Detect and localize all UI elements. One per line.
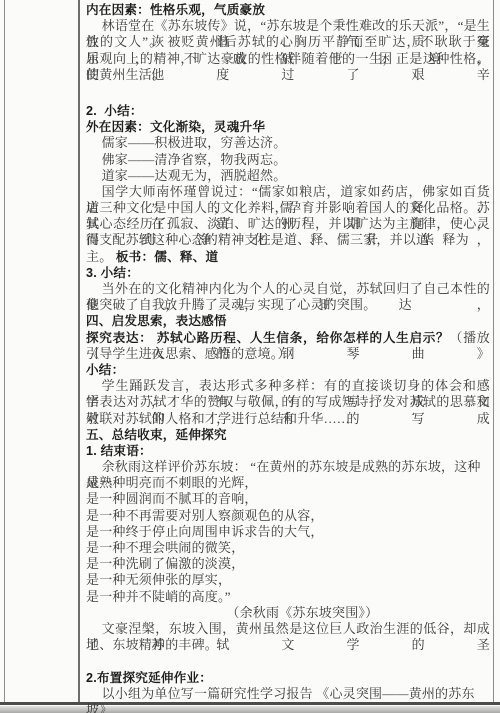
blank-line [86,653,490,669]
document-lines: 内在因素：性格乐观，气质豪放林语堂在《苏东坡传》说，“苏东坡是个秉性难改的乐天派… [86,2,490,702]
text-segment: 是一种无须伸张的厚实， [86,572,231,587]
text-line: 国学大师南怀瑾曾说过：“儒家如粮店，道家如药店，佛家如百货店” ，儒、释、 [86,184,490,200]
text-segment: （余秋雨《苏东坡突围》） [226,605,378,620]
table-border-left [4,0,5,702]
text-line: 小结： [86,362,490,378]
table-border-right [493,0,494,702]
text-segment: 是一种不再需要对别人察颜观色的从容， [86,508,324,523]
text-line: 外在因素：文化渐染，灵魂升华 [86,119,490,135]
text-line: 乐观向上的精神，旷达豪放的性格伴随着他的一生，正是这种性格，使他度过了艰辛 [86,51,490,67]
text-line: 道三种文化是中国人的文化养料，孕育并影响着国人的文化品格。苏轼在黄州期间， [86,200,490,216]
text-line: 3. 小结： [86,265,490,281]
text-line: 学生踊跃发言，表达形式多种多样：有的直接谈切身的体会和感悟，有的写成文 [86,378,490,394]
text-line: 林语堂在《苏东坡传》说，“苏东坡是个秉性难改的乐天派”，“是生性诙谐、气质豪 [86,18,490,34]
bold-text-segment: 1. 结束语： [86,444,152,458]
text-segment: 是一种明亮而不刺眼的光辉， [86,475,258,490]
bold-text-segment: 板书：儒、释、道 [116,250,218,264]
text-line: 四、启发思索，表达感悟 [86,313,490,329]
bold-text-segment: 探究表达： 苏轼心路历程、人生信条，给你怎样的人生启示？ [86,331,449,345]
bold-text-segment: 四、启发思索，表达感悟 [86,314,227,328]
text-segment: 儒家——积极进取，穷善达济。 [102,135,287,150]
text-line: 2. 小结： [86,103,490,119]
text-line: 而支配苏轼这种心态的精神支柱是道、释、儒三家，并以道、释为主。 [86,232,490,248]
text-line: 2.布置探究延伸作业： [86,670,490,686]
table-column-divider [78,0,80,702]
text-segment: 地、东坡精神的丰碑。 [86,637,218,652]
text-line: 当外在的文化精神内化为个人的心灵自觉，苏轼回归了自己本性的豪放与旷达， [86,281,490,297]
text-segment: 对联对苏轼的人格和才学进行总结和升华…… [86,411,350,426]
text-line: 以小组为单位写一篇研究性学习报告 《心灵突围——黄州的苏东坡》 [86,686,490,702]
text-line: 探究表达： 苏轼心路历程、人生信条，给你怎样的人生启示？（播放《夜的钢琴曲》 [86,330,490,346]
text-line: 内在因素：性格乐观，气质豪放 [86,2,490,18]
text-segment: 佛家——清净省察，物我两忘。 [102,152,287,167]
text-line: 是一种无须伸张的厚实， [86,572,490,588]
text-line: 文豪涅槃，东坡入围，黄州虽然是这位巨人政治生涯的低谷，却成了苏轼文学的圣 [86,621,490,637]
text-segment: 是一种并不陡峭的高度。” [86,589,231,604]
blank-line [86,83,490,103]
text-segment: 道家——达观无为，洒脱超然。 [102,168,287,183]
text-line: 五、总结收束，延伸探究 [86,427,490,443]
text-line: 板书：儒、释、道 [86,249,490,265]
text-line: 是一种终于停止向周围申诉求告的大气， [86,524,490,540]
text-line: 是一种不再需要对别人察颜观色的从容， [86,508,490,524]
text-segment: 是一种终于停止向周围申诉求告的大气， [86,524,324,539]
text-line: 儒家——积极进取，穷善达济。 [86,135,490,151]
text-line: 道家——达观无为，洒脱超然。 [86,168,490,184]
text-segment: 引导学生进入思索、感悟的意境。） [86,346,291,361]
bold-text-segment: 内在因素：性格乐观，气质豪放 [86,3,265,17]
bold-text-segment: 2.布置探究延伸作业： [86,671,212,685]
text-segment: 是一种洗刷了偏激的淡漠， [86,556,244,571]
text-line: 字表达对苏轼才华的赞叹与敬佩，有的写成短诗抒发对苏轼的思慕和敬仰，有的写成 [86,394,490,410]
text-line: 放的文人”。 被贬黄州后苏轼的心胸历平静而至旷达，不耿耿于冤屈，不戚戚于困境。 [86,34,490,50]
text-segment: 的黄州生活。 [86,67,165,82]
text-segment: 他突破了自我，升腾了灵魂，实现了心灵的突围。 [86,297,376,312]
text-segment: 是一种不理会哄闹的微笑， [86,540,244,555]
bold-text-segment: 3. 小结： [86,266,139,280]
text-line: 是一种洗刷了偏激的淡漠， [86,556,490,572]
scan-edge-shadow [0,706,500,713]
text-line: 是一种不理会哄闹的微笑， [86,540,490,556]
bold-text-segment: 五、总结收束，延伸探究 [86,428,227,442]
text-line: 是一种并不陡峭的高度。” [86,589,490,605]
text-line: （余秋雨《苏东坡突围》） [86,605,490,621]
text-line: 余秋雨这样评价苏东坡： “在黄州的苏东坡是成熟的苏东坡，这种成熟 [86,459,490,475]
text-line: 佛家——清净省察，物我两忘。 [86,152,490,168]
text-segment: 是一种圆润而不腻耳的音响， [86,491,258,506]
text-line: 其心态经历了孤寂、淡泊、旷达的历程，并以旷达为主旋律，使心灵得到净化、升华， [86,216,490,232]
bold-text-segment: 小结： [86,363,124,377]
scanned-document-page: 内在因素：性格乐观，气质豪放林语堂在《苏东坡传》说，“苏东坡是个秉性难改的乐天派… [0,0,500,713]
text-line: 是一种明亮而不刺眼的光辉， [86,475,490,491]
text-line: 是一种圆润而不腻耳的音响， [86,491,490,507]
table-border-bottom [0,702,500,705]
bold-text-segment: 外在因素：文化渐染，灵魂升华 [86,120,265,134]
text-line: 1. 结束语： [86,443,490,459]
bold-text-segment: 2. 小结： [86,104,143,118]
